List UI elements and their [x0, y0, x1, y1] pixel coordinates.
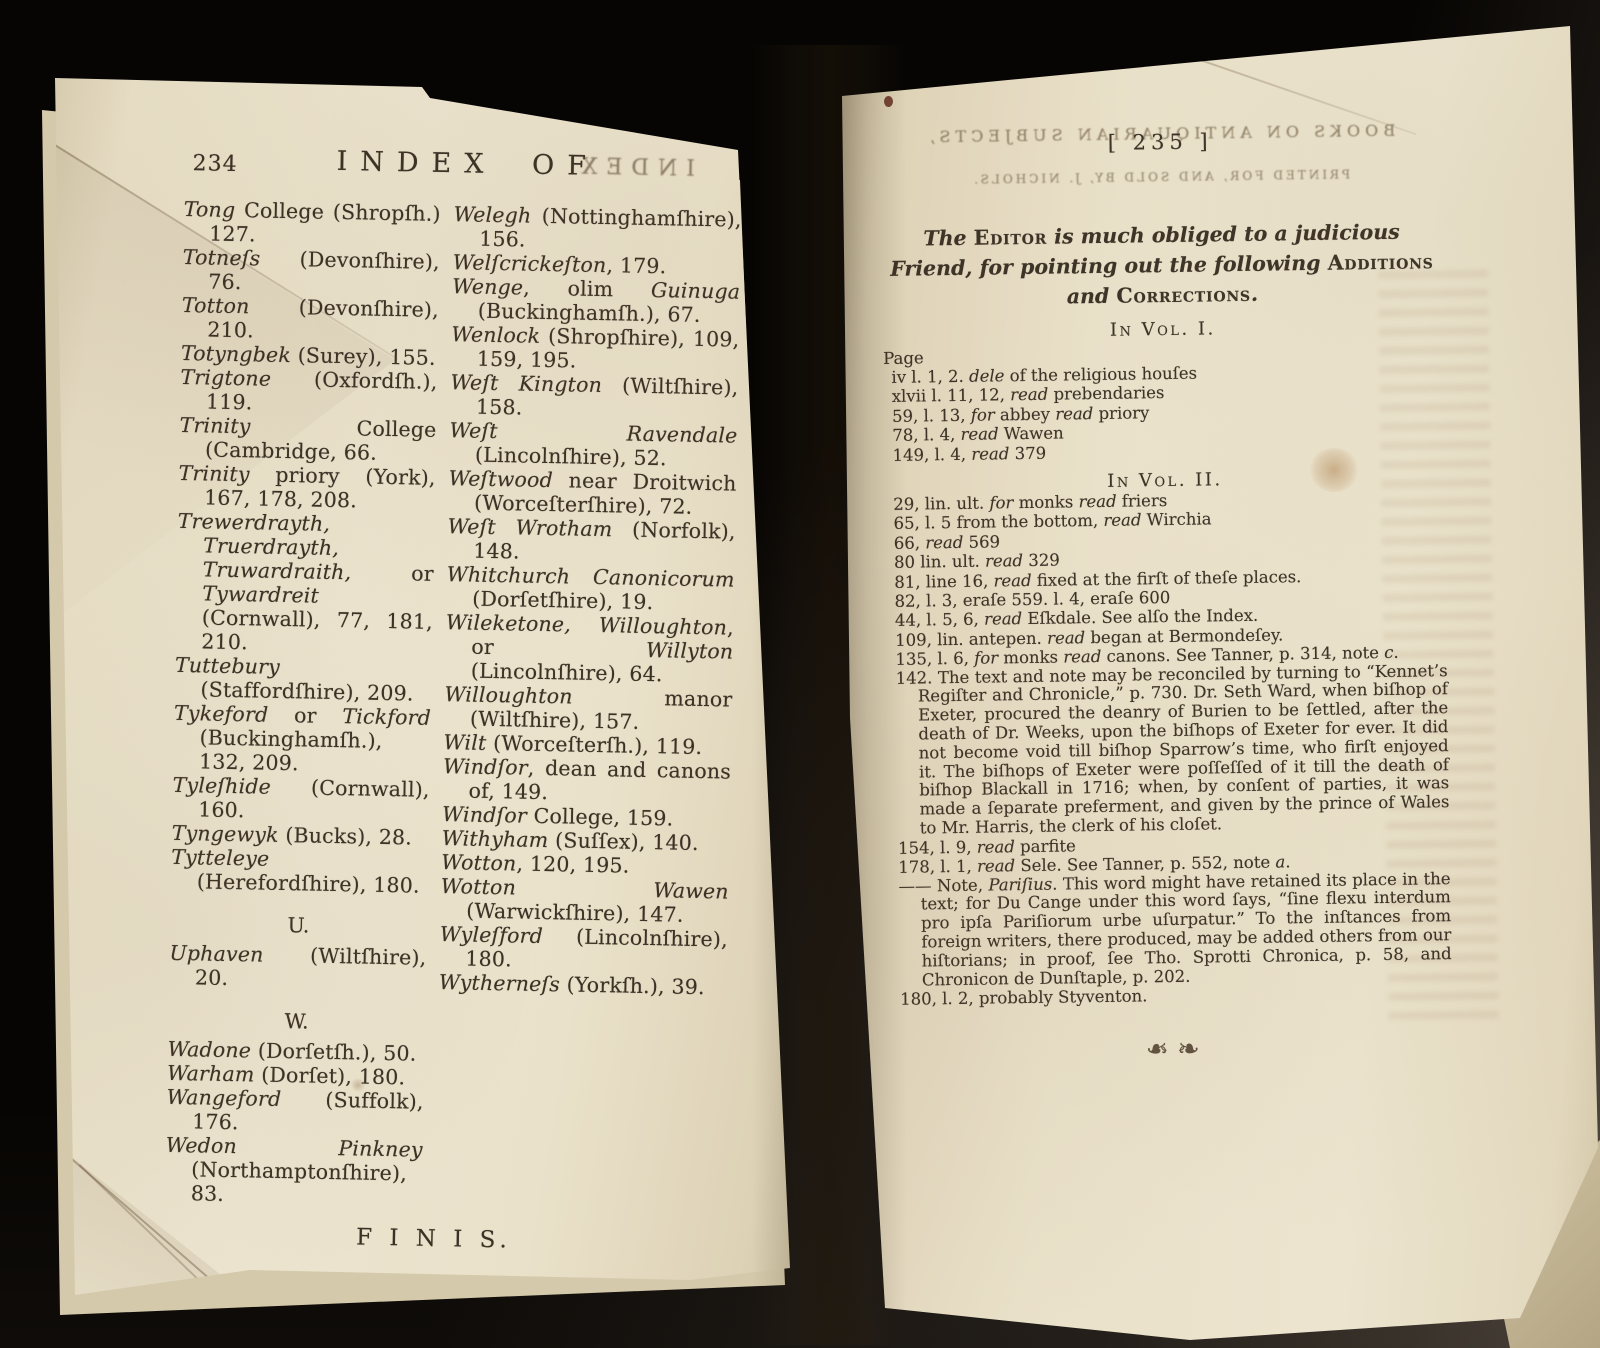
text-segment: monks: [998, 648, 1063, 668]
text-segment: read: [1055, 404, 1093, 424]
text-segment: Totyngbek: [181, 341, 291, 367]
text-segment: xlvii l. 11, 12,: [892, 386, 1011, 407]
text-segment: 180, l. 2, probably Styventon.: [900, 987, 1148, 1009]
index-column-1: Tong College (Shropſh.) 127.Totneſs (Dev…: [165, 197, 441, 1210]
text-segment: of the religious houſes: [1004, 364, 1197, 386]
text-segment: Tykeford: [174, 701, 269, 727]
text-segment: Trinity: [179, 413, 250, 438]
text-segment: 149, l. 4,: [892, 444, 971, 464]
text-segment: College, 159.: [527, 804, 674, 831]
index-entry: Trigtone (Oxfordſh.), 119.: [180, 365, 438, 418]
text-segment: read: [977, 856, 1015, 876]
text-segment: Tyleſhide: [172, 773, 271, 799]
index-entry: Wileketone, Willoughton, or Willyton (Li…: [445, 610, 734, 688]
text-segment: or: [268, 703, 343, 728]
text-segment: (Cornwall), 77, 181, 210.: [201, 605, 433, 654]
index-entry: Trinity priory (York), 167, 178, 208.: [178, 461, 436, 514]
text-segment: 59, l. 13,: [892, 406, 971, 426]
text-segment: Welegh: [453, 202, 531, 227]
text-segment: The: [923, 226, 974, 251]
text-segment: Wenge: [452, 274, 523, 299]
text-segment: 135, l. 6,: [895, 649, 974, 669]
editor-note: The Editor is much obliged to a judiciou…: [881, 216, 1442, 314]
text-segment: Willyton: [646, 638, 734, 664]
text-segment: Wirchia: [1141, 510, 1211, 530]
text-segment: .: [1251, 282, 1258, 306]
text-segment: 29, lin. ult.: [893, 494, 989, 514]
text-segment: fixed at the firſt of theſe places.: [1031, 567, 1301, 590]
text-segment: 44, l. 5, 6,: [895, 610, 984, 630]
text-segment: Wawen: [998, 424, 1063, 444]
index-entry: Wotton Wawen (Warwickſhire), 147.: [440, 874, 729, 928]
index-entry: Wyleſford (Lincolnſhire), 180.: [439, 922, 728, 976]
text-segment: read: [1063, 647, 1101, 667]
text-segment: Weſtwood: [448, 466, 553, 492]
ink-speck: [884, 96, 893, 107]
index-entry: Tyleſhide (Cornwall), 160.: [172, 773, 430, 826]
text-segment: Wadone: [167, 1037, 251, 1063]
text-segment: (Dorſetſh.), 50.: [251, 1038, 417, 1065]
text-segment: 80 lin. ult.: [894, 552, 985, 572]
index-entry: Trewerdrayth, Truerdrayth, Truwardraith,…: [175, 509, 435, 658]
index-entry: Totneſs (Devonſhire), 76.: [182, 245, 440, 298]
correction-line: 142. The text and note may be reconciled…: [888, 662, 1450, 839]
left-page-number: 234: [192, 151, 237, 177]
text-segment: Uphaven: [169, 941, 264, 967]
index-entry: Wytherneſs (Yorkſh.), 39.: [439, 970, 727, 1000]
text-segment: read: [977, 837, 1015, 857]
text-segment: read: [984, 610, 1022, 630]
photo-of-open-book: 234 INDEX OF INDEX Tong College (Shropſh…: [0, 0, 1600, 1348]
text-segment: Pariſius: [988, 874, 1052, 894]
text-segment: .: [1285, 853, 1291, 872]
index-entry: Weſt Kington (Wiltſhire), 158.: [450, 370, 739, 424]
text-segment: Willoughton: [444, 682, 573, 708]
text-segment: prebendaries: [1048, 383, 1164, 404]
text-segment: abbey: [995, 404, 1056, 424]
index-entry: Uphaven (Wiltſhire), 20.: [169, 941, 427, 994]
text-segment: a: [1275, 853, 1285, 872]
text-segment: read: [993, 571, 1031, 591]
fleuron-icon: ❧: [1146, 1034, 1169, 1065]
text-segment: read: [925, 533, 963, 553]
left-page-header: 234 INDEX OF INDEX: [184, 143, 785, 201]
text-segment: friers: [1116, 491, 1167, 511]
text-segment: College (Shropſh.) 127.: [209, 198, 441, 246]
index-entry: Welegh (Nottinghamſhire), 156.: [453, 202, 742, 256]
text-segment: for: [971, 405, 995, 424]
text-segment: 81, line 16,: [894, 571, 993, 591]
text-segment: Trigtone: [180, 365, 271, 391]
text-segment: 109, lin. antepen.: [895, 629, 1047, 650]
right-page-content: BOOKS ON ANTIQUARIAN SUBJECTS, PRINTED F…: [880, 120, 1453, 1069]
vol1-heading: In Vol. I.: [883, 315, 1443, 344]
text-segment: Wangeford: [166, 1085, 281, 1111]
index-columns: Tong College (Shropſh.) 127.Totneſs (Dev…: [165, 197, 784, 1216]
text-segment: (Lincolnſhire), 64.: [471, 659, 663, 687]
text-segment: read: [960, 425, 998, 445]
text-segment: read: [1103, 511, 1141, 531]
text-segment: (Surey), 155.: [291, 343, 436, 370]
text-segment: , olim: [523, 276, 651, 302]
text-segment: Welſcrickeſton: [453, 250, 607, 277]
text-segment: 142. The text and note may be reconciled…: [896, 661, 1450, 838]
text-segment: (Dorſet), 180.: [254, 1063, 405, 1090]
text-segment: , 179.: [606, 253, 666, 278]
text-segment: read: [971, 444, 1009, 464]
text-segment: Corrections: [1116, 282, 1251, 308]
text-segment: Totneſs: [183, 245, 261, 270]
text-segment: 329: [1023, 551, 1060, 571]
text-segment: read: [1010, 385, 1048, 405]
text-segment: and: [1067, 284, 1117, 309]
text-segment: Windſor: [442, 802, 527, 828]
index-entry: Tong College (Shropſh.) 127.: [183, 197, 441, 250]
index-entry: Windſor, dean and canons of, 149.: [442, 754, 731, 808]
section-letter: W.: [168, 1007, 425, 1036]
text-segment: Trewerdrayth, Truerdrayth, Truwardraith,: [178, 509, 352, 584]
correction-line: —— Note, Pariſius. This word might have …: [890, 870, 1452, 991]
text-segment: Wenlock: [451, 322, 540, 348]
text-segment: .: [1393, 643, 1399, 662]
text-segment: Tuttebury: [175, 653, 280, 679]
text-segment: Editor: [974, 225, 1048, 250]
index-entry: Weſt Wrotham (Norfolk), 148.: [447, 514, 736, 568]
index-entry: Totton (Devonſhire), 210.: [181, 293, 439, 346]
index-entry: Wangeford (Suffolk), 176.: [166, 1085, 424, 1138]
text-segment: (Northamptonſhire), 83.: [191, 1157, 408, 1206]
text-segment: Totton: [182, 293, 250, 318]
section-letter: U.: [170, 911, 427, 940]
index-column-2: Welegh (Nottinghamſhire), 156.Welſcricke…: [435, 202, 742, 1215]
text-segment: or: [351, 560, 434, 586]
text-segment: Tyngewyk: [172, 821, 279, 847]
text-segment: Wytherneſs: [439, 970, 560, 996]
text-segment: 379: [1009, 443, 1046, 463]
index-entry: Weſt Ravendale (Lincolnſhire), 52.: [449, 418, 738, 472]
fleuron-icon: ❧: [1177, 1033, 1200, 1064]
text-segment: , 120, 195.: [516, 851, 629, 877]
text-segment: Weſt Kington: [450, 370, 602, 397]
vol1-corrections: iv l. 1, 2. dele of the religious houſes…: [883, 360, 1444, 465]
text-segment: 178, l. 1,: [898, 857, 977, 877]
text-segment: read: [1078, 492, 1116, 512]
text-segment: (Suſſex), 140.: [548, 828, 699, 855]
text-segment: Tong: [184, 197, 236, 222]
text-segment: Guinuga: [651, 278, 741, 304]
text-segment: began at Bermondeſey.: [1085, 625, 1283, 647]
text-segment: 66,: [894, 533, 926, 552]
text-segment: 569: [963, 532, 1000, 552]
index-entry: Willoughton manor (Wiltſhire), 157.: [444, 682, 733, 736]
text-segment: Tytteleye: [171, 845, 270, 871]
text-segment: Windſor: [443, 754, 528, 780]
text-segment: 65, l. 5 from the bottom,: [893, 511, 1103, 533]
text-segment: Withyham: [441, 826, 548, 852]
text-segment: Wyleſford: [440, 922, 544, 948]
text-segment: Weſt Wrotham: [447, 514, 612, 541]
text-segment: (Yorkſh.), 39.: [560, 972, 705, 999]
text-segment: (Herefordſhire), 180.: [197, 869, 420, 897]
text-segment: Wotton: [441, 850, 517, 875]
index-entry: Tykeford or Tickford (Buckinghamſh.), 13…: [173, 701, 431, 778]
left-page: 234 INDEX OF INDEX Tong College (Shropſh…: [50, 58, 810, 1310]
index-entry: Trinity College (Cambridge, 66.: [179, 413, 437, 466]
text-segment: —— Note,: [898, 875, 988, 895]
index-entry: Wedon Pinkney (Northamptonſhire), 83.: [165, 1133, 423, 1210]
bleedthrough-text: PRINTED FOR, AND SOLD BY, J. NICHOLS.: [881, 166, 1441, 188]
text-segment: monks: [1013, 492, 1078, 512]
text-segment: 154, l. 9,: [898, 838, 977, 858]
index-entry: Wenlock (Shropſhire), 109, 159, 195.: [451, 322, 740, 376]
text-segment: Additions: [1327, 249, 1433, 274]
text-segment: Wilt: [443, 730, 486, 755]
text-segment: (Bucks), 28.: [278, 823, 412, 850]
text-segment: iv l. 1, 2.: [891, 367, 969, 387]
bleedthrough-text: INDEX: [572, 154, 695, 181]
text-segment: Tywardreit: [202, 581, 319, 607]
text-segment: c: [1384, 643, 1394, 662]
text-segment: for: [989, 493, 1013, 512]
fleuron-ornament: ❧ ❧: [893, 1030, 1453, 1069]
index-entry: Tuttebury (Staffordſhire), 209.: [174, 653, 432, 706]
text-segment: 78, l. 4,: [892, 425, 961, 445]
text-segment: for: [974, 649, 998, 668]
left-page-content: 234 INDEX OF INDEX Tong College (Shropſh…: [164, 143, 785, 1258]
text-segment: (Dorſetſhire), 19.: [472, 587, 653, 614]
right-page-number: [ 235 ]: [880, 120, 1440, 158]
index-entry: Weſtwood near Droitwich (Worceſterſhire)…: [448, 466, 737, 520]
text-segment: parfite: [1015, 836, 1076, 856]
text-segment: Trinity: [178, 461, 249, 486]
index-entry: Wenge, olim Guinuga (Buckinghamſh.), 67.: [452, 274, 741, 328]
running-title: INDEX OF: [336, 146, 599, 182]
index-entry: Tytteleye (Herefordſhire), 180.: [171, 845, 429, 898]
index-entry: Whitchurch Canonicorum (Dorſetſhire), 19…: [446, 562, 735, 616]
text-segment: Warham: [167, 1061, 255, 1087]
text-segment: (Lincolnſhire), 52.: [475, 443, 667, 471]
text-segment: priory: [1093, 403, 1149, 423]
text-segment: read: [985, 551, 1023, 571]
vol2-corrections: 29, lin. ult. for monks read friers65, l…: [885, 487, 1452, 1010]
text-segment: Tickford: [342, 704, 431, 730]
right-page: BOOKS ON ANTIQUARIAN SUBJECTS, PRINTED F…: [830, 18, 1600, 1348]
finis-label: F I N I S.: [164, 1221, 704, 1257]
text-segment: (Buckinghamſh.), 132, 209.: [199, 725, 383, 775]
text-segment: read: [1047, 628, 1085, 648]
text-segment: dele: [969, 366, 1005, 385]
